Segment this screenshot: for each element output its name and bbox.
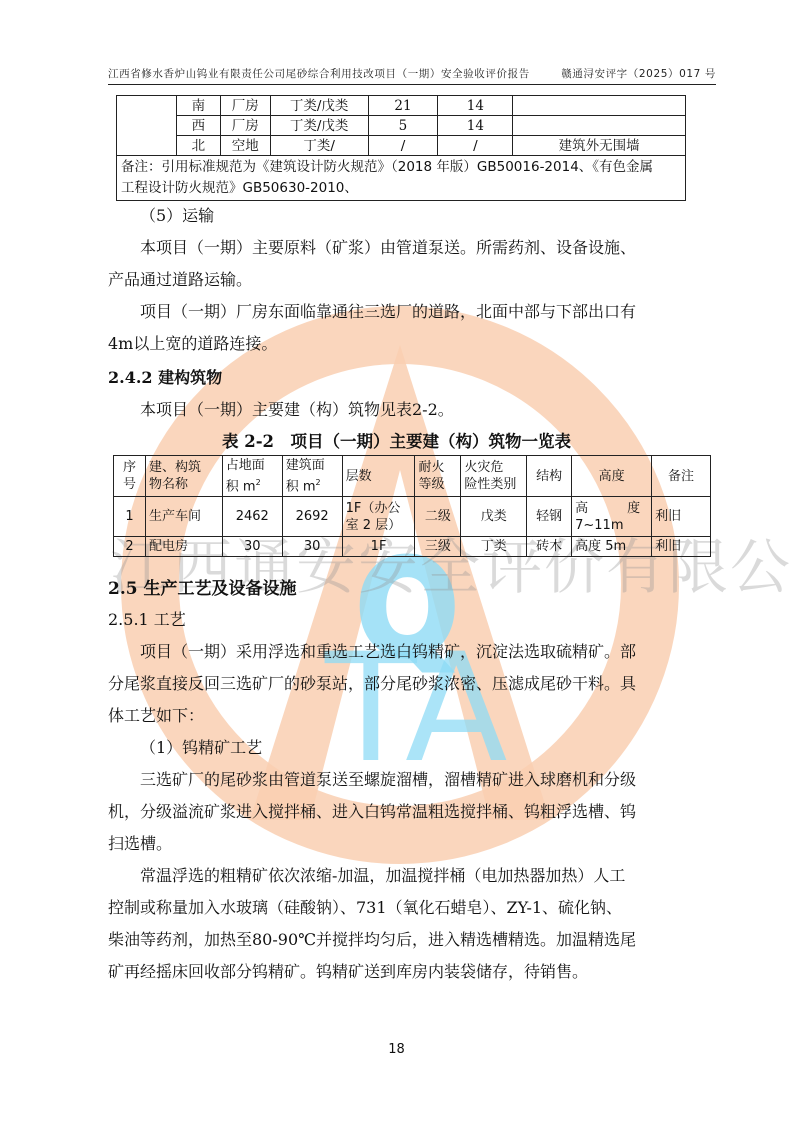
page-header: 江西省修水香炉山钨业有限责任公司尾砂综合利用技改项目（一期）安全验收评价报告 赣… xyxy=(108,66,716,85)
transport-heading: （5）运输 xyxy=(108,200,750,232)
section-heading: 2.4.2 建构筑物 xyxy=(108,362,718,394)
paragraph: 控制或称量加入水玻璃（硅酸钠）、731（氧化石蜡皂）、ZY-1、硫化钠、 xyxy=(108,892,718,924)
buildings-table: 序号 建、构筑物名称 占地面积 m2 建筑面积 m2 层数 耐火等级 火灾危险性… xyxy=(113,455,711,557)
header-title: 江西省修水香炉山钨业有限责任公司尾砂综合利用技改项目（一期）安全验收评价报告 xyxy=(108,66,530,81)
paragraph: 机，分级溢流矿浆进入搅拌桶、进入白钨常温粗选搅拌桶、钨粗浮选槽、钨 xyxy=(108,796,718,828)
paragraph: 本项目（一期）主要原料（矿浆）由管道泵送。所需药剂、设备设施、 xyxy=(108,232,750,264)
paragraph: 矿再经摇床回收部分钨精矿。钨精矿送到库房内装袋储存，待销售。 xyxy=(108,956,718,988)
table-row: 2 配电房 30 30 1F 三级 丁类 砖木 高度 5m 利旧 xyxy=(114,537,711,557)
document-page: Q TA 江西通安安全评价有限公司 江西省修水香炉山钨业有限责任公司尾砂综合利用… xyxy=(0,0,793,1122)
table-row: 1 生产车间 2462 2692 1F（办公室 2 层） 二级 戊类 轻钢 高 … xyxy=(114,497,711,537)
paragraph: 体工艺如下： xyxy=(108,700,718,732)
paragraph: 常温浮选的粗精矿依次浓缩-加温，加温搅拌桶（电加热器加热）人工 xyxy=(108,860,750,892)
paragraph: 三选矿厂的尾砂浆由管道泵送至螺旋溜槽，溜槽精矿进入球磨机和分级 xyxy=(108,764,750,796)
table-note-row: 备注：引用标准规范为《建筑设计防火规范》（2018 年版）GB50016-201… xyxy=(117,156,686,201)
paragraph: 扫选槽。 xyxy=(108,828,718,860)
table-caption: 表 2-2 项目（一期）主要建（构）筑物一览表 xyxy=(0,428,793,452)
table-header-row: 序号 建、构筑物名称 占地面积 m2 建筑面积 m2 层数 耐火等级 火灾危险性… xyxy=(114,456,711,497)
paragraph: 4m以上宽的道路连接。 xyxy=(108,328,718,360)
paragraph: 产品通过道路运输。 xyxy=(108,264,718,296)
paragraph: 分尾浆直接反回三选矿厂的砂泵站，部分尾砂浆浓密、压滤成尾砂干料。具 xyxy=(108,668,718,700)
header-doc-number: 赣通浔安评字（2025）017 号 xyxy=(561,66,716,81)
page-number: 18 xyxy=(0,1042,793,1057)
section-heading: 2.5 生产工艺及设备设施 xyxy=(108,574,297,599)
table-note-line: 工程设计防火规范》GB50630-2010、 xyxy=(121,178,681,199)
table-note-line: 备注：引用标准规范为《建筑设计防火规范》（2018 年版）GB50016-201… xyxy=(121,157,681,178)
table-row: 南 厂房 丁类/戊类 21 14 xyxy=(117,96,686,116)
table-row: 西 厂房 丁类/戊类 5 14 xyxy=(117,116,686,136)
tungsten-heading: （1）钨精矿工艺 xyxy=(108,732,750,764)
table-row: 北 空地 丁类/ / / 建筑外无围墙 xyxy=(117,136,686,156)
subsection-heading: 2.5.1 工艺 xyxy=(108,604,718,636)
paragraph: 项目（一期）厂房东面临靠通往三选厂的道路，北面中部与下部出口有 xyxy=(108,296,750,328)
paragraph: 项目（一期）采用浮选和重选工艺选白钨精矿，沉淀法选取硫精矿。部 xyxy=(108,636,750,668)
paragraph: 本项目（一期）主要建（构）筑物见表2-2。 xyxy=(108,394,750,426)
paragraph: 柴油等药剂，加热至80-90℃并搅拌均匀后，进入精选槽精选。加温精选尾 xyxy=(108,924,718,956)
fire-distance-table: 南 厂房 丁类/戊类 21 14 西 厂房 丁类/戊类 5 14 北 空地 丁类… xyxy=(116,95,686,201)
